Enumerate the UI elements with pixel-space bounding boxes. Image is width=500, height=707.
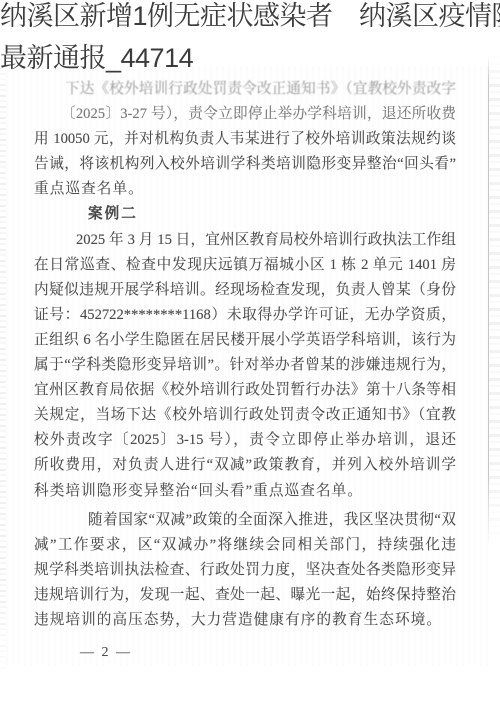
doc-line: 〔2025〕3-27 号），责令立即停止举办学科培训，退还所收费 (34, 102, 456, 127)
doc-line: 正组织 6 名小学生隐匿在居民楼开展小学英语学科培训，该行为 (34, 328, 456, 353)
doc-line: 在日常巡查、检查中发现庆远镇万福城小区 1 栋 2 单元 1401 房 (34, 253, 456, 278)
doc-line: 规学科类培训执法检查、行政处罚力度，坚决查处各类隐形变异 (34, 558, 456, 583)
doc-line: 重点巡查名单。 (34, 177, 456, 202)
doc-line: 证号：452722********1168）未取得办学许可证，无办学资质， (34, 303, 456, 328)
doc-line: 属于“学科类隐形变异培训”。针对举办者曾某的涉嫌违规行为， (34, 353, 456, 378)
case-heading: 案例二 (34, 202, 456, 227)
doc-line: 告诫，将该机构列入校外培训学科类培训隐形变异整治“回头看” (34, 152, 456, 177)
doc-line: 随着国家“双减”政策的全面深入推进，我区坚决贯彻“双 (34, 508, 456, 533)
page-title-line-2: 最新通报_44714 (0, 37, 500, 79)
doc-line: 用 10050 元，并对机构负责人韦某进行了校外培训政策法规约谈 (34, 127, 456, 152)
page-title: 纳溪区新增1例无症状感染者 纳溪区疫情防控 最新通报_44714 (0, 0, 500, 79)
doc-line: 关规定，当场下达《校外培训行政处罚责令改正通知书》（宜教 (34, 403, 456, 428)
doc-line: 违规培训行为，发现一起、查处一起、曝光一起，始终保持整治 (34, 583, 456, 608)
scan-left-edge (0, 62, 6, 682)
scan-right-edge (488, 56, 500, 548)
doc-line: 下达《校外培训行政处罚责令改正通知书》（宜教校外责改字 (34, 77, 456, 102)
page-title-line-1: 纳溪区新增1例无症状感染者 纳溪区疫情防控 (0, 0, 500, 37)
document-scan: 下达《校外培训行政处罚责令改正通知书》（宜教校外责改字 〔2025〕3-27 号… (34, 77, 456, 665)
doc-line: 减”工作要求，区“双减办”将继续会同相关部门，持续强化违 (34, 533, 456, 558)
doc-line: 内疑似违规开展学科培训。经现场检查发现，负责人曾某（身份 (34, 278, 456, 303)
doc-line: 违规培训的高压态势，大力营造健康有序的教育生态环境。 (34, 608, 456, 633)
doc-line: 科类培训隐形变异整治“回头看”重点巡查名单。 (34, 479, 456, 504)
doc-line: 宜州区教育局依据《校外培训行政处罚暂行办法》第十八条等相 (34, 378, 456, 403)
doc-line: 2025 年 3 月 15 日，宜州区教育局校外培训行政执法工作组 (34, 228, 456, 253)
page: 纳溪区新增1例无症状感染者 纳溪区疫情防控 最新通报_44714 下达《校外培训… (0, 0, 500, 707)
doc-line: 校外责改字〔2025〕3-15 号），责令立即停止举办培训，退还 (34, 428, 456, 453)
doc-line: 所收费用，对负责人进行“双减”政策教育，并列入校外培训学 (34, 453, 456, 478)
page-number: — 2 — (34, 641, 456, 665)
